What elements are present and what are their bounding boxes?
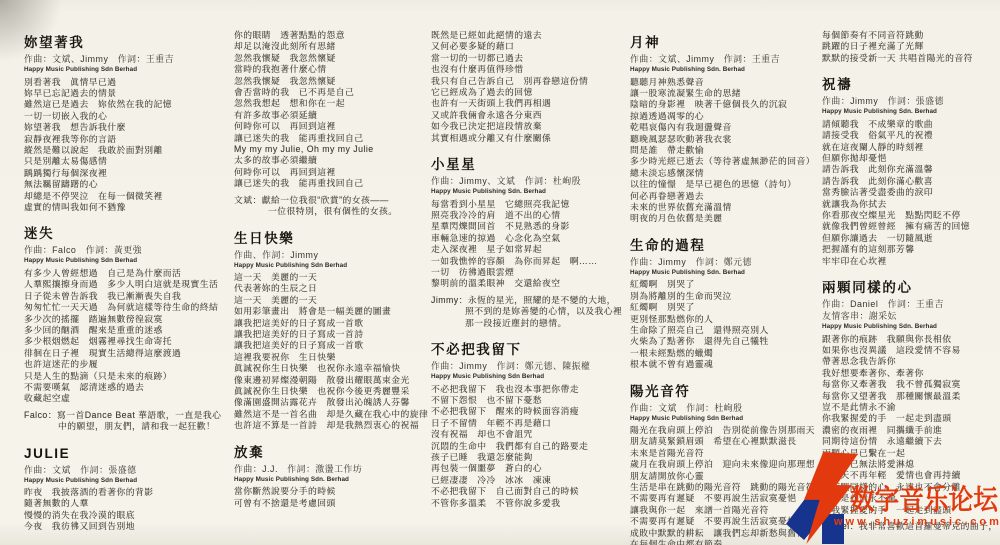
lyric-line: 紅燭啊 別哭了 <box>630 302 835 313</box>
lyric-line: 請接受我 俗氣平凡的祝禮 <box>822 130 1000 141</box>
lyric-line: 請告訴我 此刻你充滿溫馨 <box>822 164 1000 175</box>
lyric-line: 你我緊握愛的手 一起走到盡頭 <box>822 413 1000 424</box>
lyric-line: 讓我把這美好的日子寫成一首歌 <box>234 318 439 329</box>
lyric-line: 會否當時的我 已不再是自己 <box>234 87 439 98</box>
lyric-line: 讓我把這美好的日子寫成一首詩 <box>234 329 439 340</box>
lyric-line: 妳早已忘記過去的情景 <box>24 88 229 99</box>
note-line: Jimmy：永恆的星光，照耀的是不變的大地， <box>431 295 636 306</box>
note-line: Falco：寫一首Dance Beat 華語歌，一直是我心 <box>24 410 229 421</box>
song-credits: 作曲：J.J. 作詞：激盪工作坊 <box>234 463 439 475</box>
song-block: 生命的過程作曲：Jimmy 作詞：鄭元德Happy Music Publishi… <box>630 238 835 371</box>
lyric-line: 不必把我留下 自己面對自己的時候 <box>431 486 636 497</box>
lyric-line: 我好想要牽著你、牽著你 <box>822 368 1000 379</box>
publisher-line: Happy Music Publishing Sdn. Berhad <box>630 65 835 75</box>
song-block: 小星星作曲：Jimmy、文斌 作詞：杜峋殷Happy Music Publish… <box>431 157 636 290</box>
lyric-line: 不管你多溫柔 不管你說多愛我 <box>431 498 636 509</box>
lyric-line: 雖然這已是過去 妳依然在我的記憶 <box>24 99 229 110</box>
lyric-line: 沒有祝福 却也不會詛咒 <box>431 429 636 440</box>
song-block: 不必把我留下作曲：Jimmy 作詞：鄭元德、陳振權Happy Music Pub… <box>431 342 636 509</box>
lyrics-continuation: 你的眼睛 透著點點的怨意却足以淹沒此刻所有思緒忽然我懷疑 我忽然懷疑當時的我抱著… <box>234 30 439 190</box>
lyric-line: 紅燭啊 別哭了 <box>630 279 835 290</box>
lyric-line: 像滿園盛開沾露花卉 散發出沁魄誘人芬馨 <box>234 397 439 408</box>
lyric-line: 同期待這份情 永遠繼續下去 <box>822 436 1000 447</box>
lyric-line: 帶著思念我告訴你 <box>822 356 1000 367</box>
lyric-line: 就在這夜闌人靜的時刻裡 <box>822 142 1000 153</box>
lyric-line: 一切 彷彿過眼雲煙 <box>431 267 636 278</box>
lyric-line: 又或許我倆會永遠各分東西 <box>431 110 636 121</box>
lyric-line: 火柴為了點著你 還得先自己犧牲 <box>630 336 835 347</box>
publisher-line: Happy Music Publishing Sdn Berhad <box>24 256 229 266</box>
lyric-line: 如用彩筆畫出 將會是一幅美麗的圖畫 <box>234 306 439 317</box>
song-block: 放棄作曲：J.J. 作詞：激盪工作坊Happy Music Publishing… <box>234 445 439 509</box>
lyric-line: 一根未經點燃的蠟燭 <box>630 348 835 359</box>
song-title: 月神 <box>630 35 835 51</box>
lyric-line: 多少次的搖擺 踏遍無數徬徨寂寞 <box>24 314 229 325</box>
lyric-line: 每當你又牽著我 我不曾孤獨寂寞 <box>822 379 1000 390</box>
lyric-line: 別看著我 眞情早已過 <box>24 77 229 88</box>
lyric-line: 根本就不曾有過靈魂 <box>630 359 835 370</box>
lyric-line: 踽踽獨行每個深夜裡 <box>24 168 229 179</box>
lyric-line: 牢牢印在心坎裡 <box>822 256 1000 267</box>
lyric-line: My my my Julie, Oh my my Julie <box>234 144 439 155</box>
lyric-line: 有多少人曾經想過 自己是為什麼而活 <box>24 268 229 279</box>
lyric-line: 隨著無數的人羣 <box>24 498 229 509</box>
song-title: 生命的過程 <box>630 238 835 254</box>
lyric-line: 你看那夜空燦星光 點點閃眨不停 <box>822 210 1000 221</box>
lyric-line: 多少回的酗酒 醒來是重重的迷惑 <box>24 325 229 336</box>
lyric-line: 不必把我留下 我也沒本事把你帶走 <box>431 384 636 395</box>
lyric-line: 也許有一天街頭上我們再相遇 <box>431 98 636 109</box>
song-title: JULIE <box>24 446 229 462</box>
song-block: 祝禱作曲：Jimmy 作詞：張盛德Happy Music Publishing … <box>822 77 1000 267</box>
lyric-line: 也許這迷茫的步履 <box>24 359 229 370</box>
lyric-line: 再包裝一個噩夢 蒼白的心 <box>431 463 636 474</box>
lyric-line: 人羣熙攘擦身而過 多少人明白這就是現實生活 <box>24 279 229 290</box>
lyric-line: 却足以淹沒此刻所有思緒 <box>234 41 439 52</box>
lyric-line: 濃密的夜雨裡 同攜纖手前進 <box>822 425 1000 436</box>
note-line: 那一段接近塵封的戀情。 <box>431 318 636 329</box>
lyric-line: 忽然我想起 想和你在一起 <box>234 98 439 109</box>
song-credits: 作曲：Jimmy 作詞：張盛德 <box>822 95 1000 107</box>
lyric-line: 雖然這不是一首名曲 却是久藏在我心中的旋律 <box>234 409 439 420</box>
lyric-line: 既然是已經如此絕情的遠去 <box>431 30 636 41</box>
lyric-line: 讓已迷失的我 能再重找回自己 <box>234 133 439 144</box>
lyric-line: 日子不留情 年輕不再是藉口 <box>431 418 636 429</box>
artist-note: Falco：寫一首Dance Beat 華語歌，一直是我心中的願望，朋友們，請和… <box>24 410 229 433</box>
song-credits: 作曲：Jimmy、文斌 作詞：杜峋殷 <box>431 175 636 187</box>
lyric-line: 妳望著我 想告訴我什麼 <box>24 122 229 133</box>
song-credits: 作曲：Daniel 作詞：王重吉 <box>822 298 1000 310</box>
lyric-line: 眞誠祝你生日快樂 也祝你永遠幸福愉快 <box>234 363 439 374</box>
song-title: 不必把我留下 <box>431 342 636 358</box>
watermark-url: www.shuzimusic.com <box>834 516 1000 528</box>
song-title: 小星星 <box>431 157 636 173</box>
publisher-line: Happy Music Publishing Sdn Berhad <box>431 372 636 382</box>
lyrics-column-1: 妳望著我作曲：文斌、Jimmy 作詞：王重吉Happy Music Publis… <box>24 30 229 533</box>
lyric-line: 昨夜 我披落酒的看著你的背影 <box>24 487 229 498</box>
song-title: 兩顆同樣的心 <box>822 280 1000 296</box>
publisher-line: Happy Music Publishing Sdn. Berhad <box>822 322 1000 332</box>
lyric-line: 多少時光經已逝去（等待著虛無渺茫的回音） <box>630 156 835 167</box>
song-block: 生日快樂作曲、作詞：JimmyHappy Music Publishing Sd… <box>234 231 439 432</box>
lyric-line: 這一天 美麗的一天 <box>234 295 439 306</box>
lyric-line: 以往的憧憬 是早已褪色的思憶（詩句） <box>630 179 835 190</box>
lyric-line: 慢慢的消失在我冷漠的眼底 <box>24 510 229 521</box>
lyric-line: 當你斷然說要分手的時候 <box>234 486 439 497</box>
lyric-line: 不留下怨恨 也不留下憂愁 <box>431 395 636 406</box>
lyric-line: 默默的接受新一天 共唱首陽光的音符 <box>822 53 1000 64</box>
song-title: 生日快樂 <box>234 231 439 247</box>
song-credits: 作曲：文斌 作詞：張盛德 <box>24 464 229 476</box>
lyric-line: 照亮我冷冷的肩 道不出的心情 <box>431 210 636 221</box>
lyric-line: 又何必要多疑的藉口 <box>431 41 636 52</box>
lyric-line: 就讓我為你拭去 <box>822 199 1000 210</box>
lyric-line: 一如我憔悴的容顏 為你而昇起 啊…… <box>431 256 636 267</box>
lyric-line: 走入深夜裡 星子如常昇起 <box>431 244 636 255</box>
note-line: 中的願望，朋友們，請和我一起狂歡！ <box>24 421 229 432</box>
lyric-line: 但願你讓過去 一切隨風逝 <box>822 233 1000 244</box>
lyric-line: 這一天 美麗的一天 <box>234 272 439 283</box>
lyric-line: 也許這不算是一首詩 却是我熱烈衷心的祝福 <box>234 420 439 431</box>
lyric-line: 這裡我要祝你 生日快樂 <box>234 352 439 363</box>
lyric-line: 收藏起空虛 <box>24 393 229 404</box>
lyric-line: 匆匆忙忙一天天過 為何就這樣等待生命的終結 <box>24 302 229 313</box>
lyric-line: 它已經成為了過去的回憶 <box>431 87 636 98</box>
lyric-line: 未來的世界依舊充滿溫情 <box>630 202 835 213</box>
lyric-line: 如今我已決定把這段情放棄 <box>431 121 636 132</box>
lyric-line: 忽然我懷疑 我忽然懷疑 <box>234 76 439 87</box>
lyric-line: 可曾有不捨還是考慮回頭 <box>234 498 439 509</box>
lyric-line: 別為將離別的生命而哭泣 <box>630 291 835 302</box>
lyric-line: 孩子已睡 我還怎麼能夠 <box>431 452 636 463</box>
lyric-line: 陰暗的身影裡 映著千億個長久的沉寂 <box>630 99 835 110</box>
lyric-line: 朋友請莫緊鎖眉頭 希望在心裡默默滋長 <box>630 436 835 447</box>
publisher-line: Happy Music Publishing Sdn Berhad <box>24 476 229 486</box>
lyrics-booklet-page: 妳望著我作曲：文斌、Jimmy 作詞：王重吉Happy Music Publis… <box>0 0 1000 545</box>
lyric-line: 把握謹有的這刻那芳馨 <box>822 244 1000 255</box>
artist-note: 文斌：獻給一位我很“欣賞”的女孩——一位很特別，很有個性的女孩。 <box>234 195 439 218</box>
lyric-line: 只是人生的點滴（只是未來的痕跡） <box>24 371 229 382</box>
lyric-line: 也沒有什麼再值得珍惜 <box>431 64 636 75</box>
lyric-line: 太多的故事必須繼續 <box>234 155 439 166</box>
lyric-line: 車輛急速的掠過 心念化為空氣 <box>431 233 636 244</box>
lyric-line: 問是誰 帶走歡愉 <box>630 145 835 156</box>
lyric-line: 只是別離太易傷感情 <box>24 156 229 167</box>
lyric-line: 忽然我懷疑 我忽然懷疑 <box>234 53 439 64</box>
song-credits: 作曲：Jimmy 作詞：鄭元德 <box>630 256 835 268</box>
watermark: 数字音乐论坛 www.shuzimusic.com <box>786 452 1000 545</box>
lyric-line: 如果你也沒異議 這段愛情不容易 <box>822 345 1000 356</box>
lyric-line: 聽聽月神熟悉聲音 <box>630 77 835 88</box>
publisher-line: Happy Music Publishing Sdn. Berhad <box>630 268 835 278</box>
publisher-line: Happy Music Publishing Sdn. Berhad <box>234 475 439 485</box>
publisher-line: Happy Music Publishing Sdn Berhad <box>630 414 835 424</box>
note-line: 一位很特別，很有個性的女孩。 <box>234 206 439 217</box>
lyric-line: 多少根烟燃起 烟霧裡尋找生命寄托 <box>24 336 229 347</box>
lyric-line: 每個節奏有不同音符跳動 <box>822 30 1000 41</box>
watermark-title: 数字音乐论坛 <box>850 478 998 518</box>
lyric-line: 一切一切嵌入我的心 <box>24 111 229 122</box>
lyric-line: 日子從未曾告訴我 我已漸漸喪失自我 <box>24 291 229 302</box>
publisher-line: Happy Music Publishing Sdn Berhad <box>24 65 229 75</box>
song-block: 月神作曲：文斌、Jimmy 作詞：王重吉Happy Music Publishi… <box>630 35 835 225</box>
lyric-line: 已經凄凄 冷冷 冰冰 凍凍 <box>431 475 636 486</box>
lyric-line: 不必把我留下 醒來的時候面容消瘦 <box>431 406 636 417</box>
song-title: 祝禱 <box>822 77 1000 93</box>
lyric-line: 乾唱哀傷內有我迴盪聲音 <box>630 122 835 133</box>
song-guest-credit: 友情客串：謝采妘 <box>822 310 1000 322</box>
lyrics-column-2: 你的眼睛 透著點點的怨意却足以淹沒此刻所有思緒忽然我懷疑 我忽然懷疑當時的我抱著… <box>234 30 439 509</box>
lyric-line: 跟著你的痕跡 我願與你長相依 <box>822 334 1000 345</box>
lyric-line: 沉悶的生命中 我們都有自己的路要走 <box>431 441 636 452</box>
lyric-line: 當時的我抱著什麼心情 <box>234 64 439 75</box>
lyric-line: 黎明前的溫柔眼神 交還給夜空 <box>431 278 636 289</box>
lyric-line: 明夜的月色依舊是美麗 <box>630 213 835 224</box>
lyric-line: 每當看到小星星 它總照亮我記憶 <box>431 199 636 210</box>
lyric-line: 代表著妳的生辰之日 <box>234 283 439 294</box>
song-credits: 作曲：文斌、Jimmy 作詞：王重吉 <box>24 53 229 65</box>
lyric-line: 無法羈留躊躇的心 <box>24 179 229 190</box>
song-block: 妳望著我作曲：文斌、Jimmy 作詞：王重吉Happy Music Publis… <box>24 35 229 213</box>
lyric-line: 當一切的一切都已過去 <box>431 53 636 64</box>
lyrics-continuation: 每個節奏有不同音符跳動跳躍的日子裡充滿了光輝默默的接受新一天 共唱首陽光的音符 <box>822 30 1000 64</box>
song-credits: 作曲：文斌 作詞：杜峋殷 <box>630 402 835 414</box>
song-credits: 作曲：文斌、Jimmy 作詞：王重吉 <box>630 53 835 65</box>
lyric-line: 虛實的情叫我如何不猶豫 <box>24 202 229 213</box>
lyric-line: 你的眼睛 透著點點的怨意 <box>234 30 439 41</box>
lyric-line: 請傾聽我 不成樂章的歌曲 <box>822 119 1000 130</box>
lyric-line: 陽光在我肩頭上停泊 告別從前像告別那雨天 <box>630 425 835 436</box>
lyric-line: 眞誠祝你生日快樂 也祝你今後更秀麗豐采 <box>234 386 439 397</box>
lyric-line: 當秀臉沾著受盡委曲的淚印 <box>822 187 1000 198</box>
lyric-line: 何時你可以 再回到這裡 <box>234 167 439 178</box>
lyric-line: 像東邊初昇燦漫朝陽 散發出耀眼萬束金光 <box>234 375 439 386</box>
song-credits: 作曲：Jimmy 作詞：鄭元德、陳振權 <box>431 360 636 372</box>
song-title: 迷失 <box>24 226 229 242</box>
lyric-line: 我只有自己告訴自己 別再眷戀這份情 <box>431 76 636 87</box>
lyric-line: 請告訴我 此刻你滿心歡喜 <box>822 176 1000 187</box>
lyric-line: 不需要嘆氣 認清迷惑的過去 <box>24 382 229 393</box>
lyric-line: 每當你又望著我 那種關懷最溫柔 <box>822 391 1000 402</box>
lyrics-continuation: 既然是已經如此絕情的遠去又何必要多疑的藉口當一切的一切都已過去也沒有什麼再值得珍… <box>431 30 636 144</box>
lyric-line: 讓我把這美好的日子寫成一首歌 <box>234 340 439 351</box>
song-block: 迷失作曲：Falco 作詞：黃更強Happy Music Publishing … <box>24 226 229 404</box>
song-title: 陽光音符 <box>630 384 835 400</box>
lyric-line: 其實相遇或分離又有什麼關係 <box>431 133 636 144</box>
lyric-line: 總未淡忘感懷深情 <box>630 168 835 179</box>
lyric-line: 豈不是此情永不渝 <box>822 402 1000 413</box>
lyric-line: 何必再眷戀著過去 <box>630 191 835 202</box>
lyric-line: 有許多故事必須延續 <box>234 110 439 121</box>
song-credits: 作曲、作詞：Jimmy <box>234 249 439 261</box>
publisher-line: Happy Music Publishing Sdn. Berhad <box>822 107 1000 117</box>
lyric-line: 掠過透過凋零的心 <box>630 111 835 122</box>
song-title: 妳望著我 <box>24 35 229 51</box>
note-line: 照不到的是妳善變的心情，以及我心裡 <box>431 306 636 317</box>
lyric-line: 生命除了照亮自己 還得照亮別人 <box>630 325 835 336</box>
lyric-line: 今夜 我彷彿又回到告別地 <box>24 521 229 532</box>
lyric-line: 讓已迷失的我 能再重找回自己 <box>234 178 439 189</box>
lyric-line: 寂靜夜裡我等你的言語 <box>24 134 229 145</box>
song-title: 放棄 <box>234 445 439 461</box>
lyric-line: 縱然是難以說起 我敢於面對別離 <box>24 145 229 156</box>
lyric-line: 星羣閃爍間回首 不見熟悉的身影 <box>431 221 636 232</box>
artist-note: Jimmy：永恆的星光，照耀的是不變的大地，照不到的是妳善變的心情，以及我心裡那… <box>431 295 636 329</box>
song-block: JULIE作曲：文斌 作詞：張盛德Happy Music Publishing … <box>24 446 229 533</box>
lyric-line: 却總是不停哭泣 在每一個微笑裡 <box>24 191 229 202</box>
publisher-line: Happy Music Publishing Sdn. Berhad <box>431 187 636 197</box>
lyric-line: 讓一股寒流凝緊生命的思緒 <box>630 88 835 99</box>
song-credits: 作曲：Falco 作詞：黃更強 <box>24 244 229 256</box>
lyrics-column-3: 既然是已經如此絕情的遠去又何必要多疑的藉口當一切的一切都已過去也沒有什麼再值得珍… <box>431 30 636 509</box>
lyric-line: 就像我們曾經曾經 擁有痛苦的回憶 <box>822 221 1000 232</box>
lyric-line: 但願你拋却憂悒 <box>822 153 1000 164</box>
lyric-line: 更別怪那點燃你的人 <box>630 314 835 325</box>
publisher-line: Happy Music Publishing Sdn Berhad <box>234 261 439 271</box>
lyric-line: 聽晚風瑟瑟吹動著我衣裳 <box>630 134 835 145</box>
note-line: 文斌：獻給一位我很“欣賞”的女孩—— <box>234 195 439 206</box>
lyric-line: 跳躍的日子裡充滿了光輝 <box>822 41 1000 52</box>
lyric-line: 徘徊在日子裡 現實生活總得這麼渡過 <box>24 348 229 359</box>
lyric-line: 何時你可以 再回到這裡 <box>234 121 439 132</box>
